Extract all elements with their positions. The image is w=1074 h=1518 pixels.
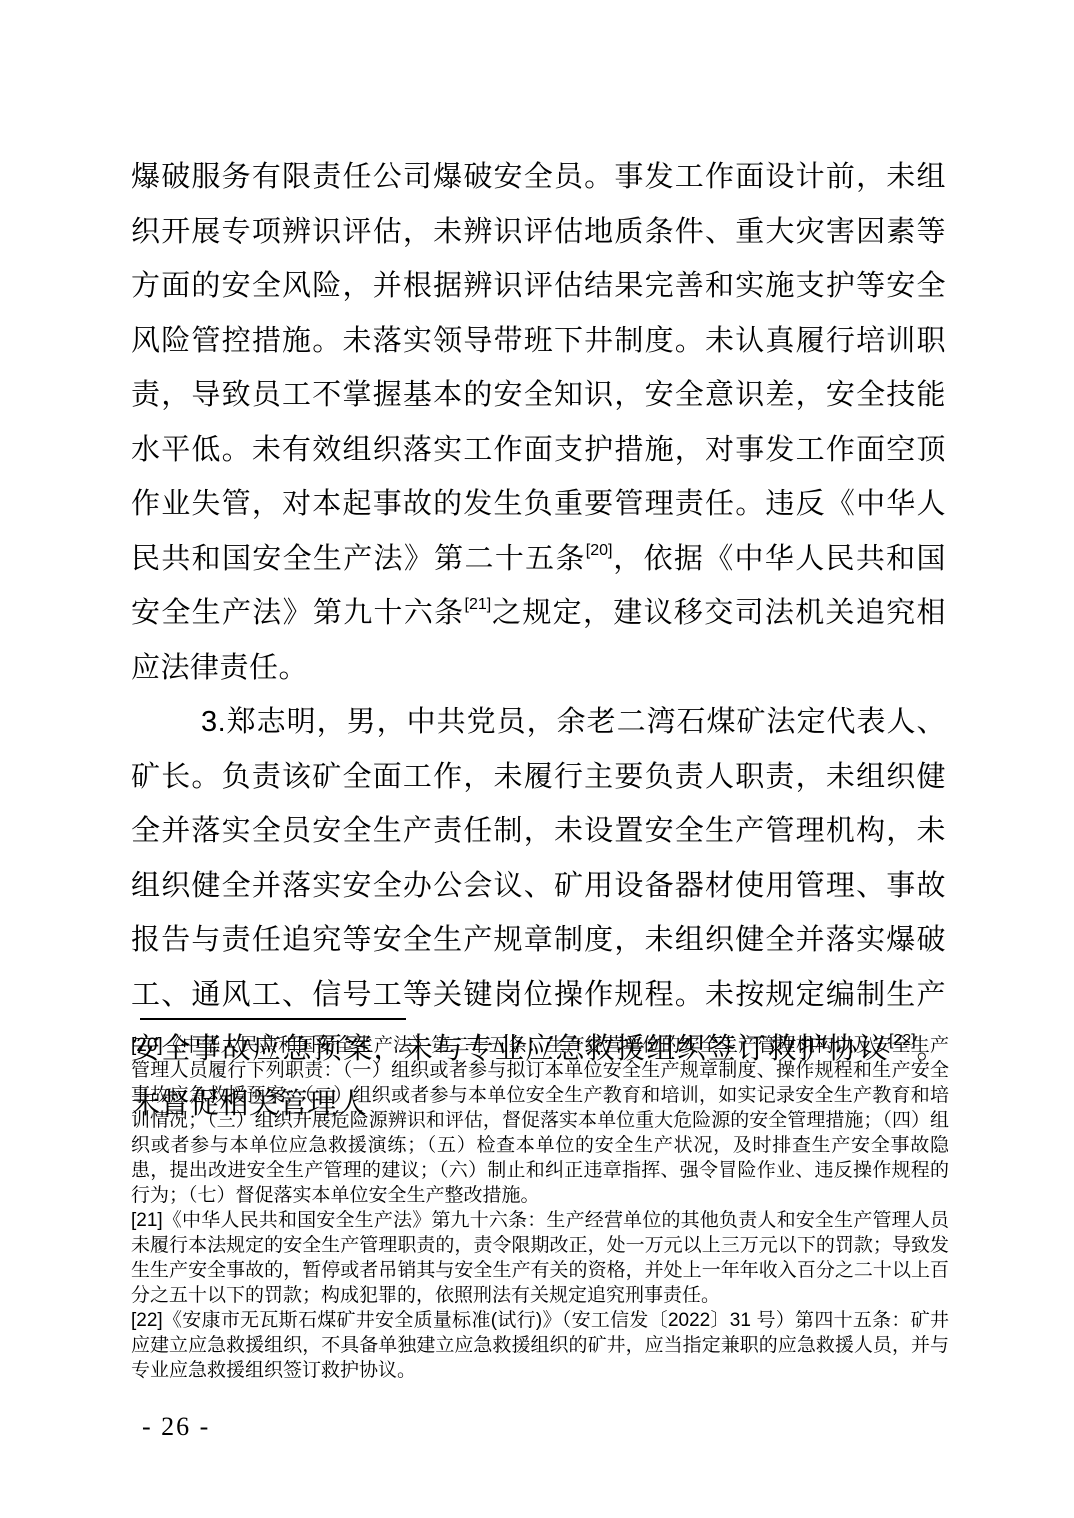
footnote: [20]《中华人民共和国安全生产法》第二十五条：生产经营单位的安全生产管理机构以… xyxy=(131,1033,949,1208)
footnote-marker: [21] xyxy=(131,1210,163,1231)
body-text-segment: 爆破服务有限责任公司爆破安全员。事发工作面设计前，未组织开展专项辨识评估，未辨识… xyxy=(131,161,946,575)
footnote-separator xyxy=(140,1018,406,1020)
body-text-segment: 3.郑志明，男，中共党员，余老二湾石煤矿法定代表人、矿长。负责该矿全面工作，未履… xyxy=(131,706,946,1065)
footnote-text: 《中华人民共和国安全生产法》第二十五条：生产经营单位的安全生产管理机构以及安全生… xyxy=(131,1035,949,1206)
body-paragraph: 爆破服务有限责任公司爆破安全员。事发工作面设计前，未组织开展专项辨识评估，未辨识… xyxy=(131,150,946,695)
footnote-marker: [22] xyxy=(131,1310,163,1331)
document-page: 爆破服务有限责任公司爆破安全员。事发工作面设计前，未组织开展专项辨识评估，未辨识… xyxy=(0,0,1074,1518)
footnote-text: 《安康市无瓦斯石煤矿井安全质量标准(试行)》（安工信发〔2022〕31 号）第四… xyxy=(131,1310,949,1381)
page-number: - 26 - xyxy=(142,1412,210,1442)
footnote-text: 《中华人民共和国安全生产法》第九十六条：生产经营单位的其他负责人和安全生产管理人… xyxy=(131,1210,949,1306)
body-text: 爆破服务有限责任公司爆破安全员。事发工作面设计前，未组织开展专项辨识评估，未辨识… xyxy=(131,150,946,1131)
footnote-ref: [20] xyxy=(586,542,613,559)
footnote-ref: [21] xyxy=(465,596,492,613)
footnote: [21]《中华人民共和国安全生产法》第九十六条：生产经营单位的其他负责人和安全生… xyxy=(131,1208,949,1308)
footnote: [22]《安康市无瓦斯石煤矿井安全质量标准(试行)》（安工信发〔2022〕31 … xyxy=(131,1308,949,1383)
footnotes: [20]《中华人民共和国安全生产法》第二十五条：生产经营单位的安全生产管理机构以… xyxy=(131,1033,949,1383)
footnote-marker: [20] xyxy=(131,1035,163,1056)
